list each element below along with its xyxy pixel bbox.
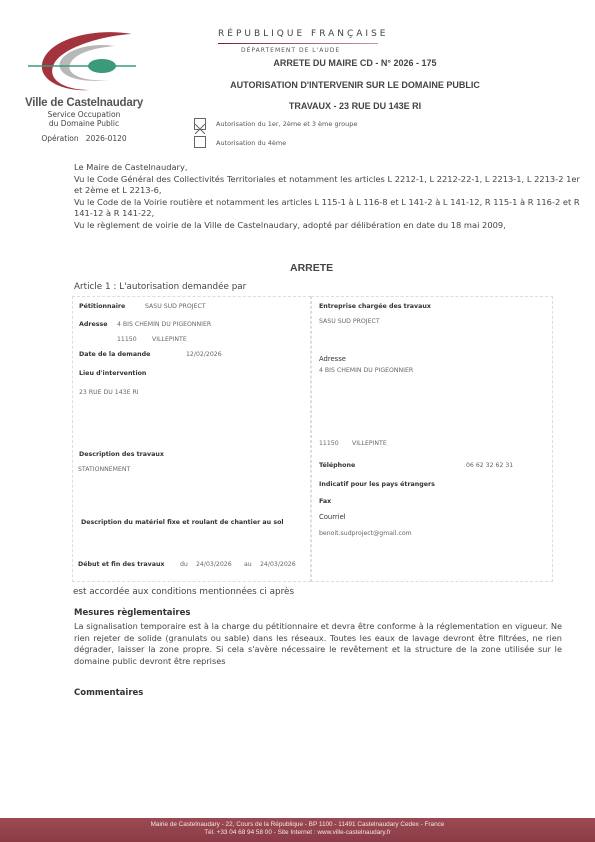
materiel-label: Description du matériel fixe et roulant … (81, 519, 284, 526)
republique-francaise: RÉPUBLIQUE FRANÇAISE (218, 29, 388, 39)
operation-number: Opération 2026-0120 (24, 134, 144, 143)
service-line-1: Service Occupation (24, 110, 144, 119)
operation-label: Opération (41, 134, 78, 143)
operation-value: 2026-0120 (86, 134, 127, 143)
document-title: AUTORISATION D'INTERVENIR SUR LE DOMAINE… (190, 80, 520, 90)
service-line-2: du Domaine Public (24, 119, 144, 128)
petitionnaire-value: SASU SUD PROJECT (145, 303, 206, 310)
date-demande-value: 12/02/2026 (186, 351, 222, 358)
city-logo (20, 28, 140, 94)
fax-label: Fax (319, 498, 331, 505)
entreprise-value: SASU SUD PROJECT (319, 318, 380, 325)
footer: Mairie de Castelnaudary - 22, Cours de l… (0, 818, 595, 842)
courriel-value: benoit.sudproject@gmail.com (319, 530, 412, 537)
preamble-line: Le Maire de Castelnaudary, (74, 162, 584, 174)
courriel-label: Courriel (319, 513, 346, 521)
telephone-value: 06 62 32 62 31 (466, 462, 513, 469)
preamble-line: Vu le Code Général des Collectivités Ter… (74, 174, 584, 197)
petitionnaire-label: Pétitionnaire (79, 303, 125, 310)
logo-red-swoosh-icon (42, 32, 132, 90)
periode-au: au (244, 561, 252, 568)
adresse-line1: 4 BIS CHEMIN DU PIGEONNIER (117, 321, 211, 328)
indicatif-label: Indicatif pour les pays étrangers (319, 481, 435, 488)
entreprise-adresse-cp: 11150 (319, 440, 339, 447)
footer-contact: Tél. +33 04 68 94 58 00 - Site Internet … (0, 829, 595, 837)
checkbox-groupe-1-3[interactable] (194, 118, 206, 130)
date-demande-label: Date de la demande (79, 351, 150, 358)
departement: DÉPARTEMENT DE L'AUDE (241, 47, 340, 54)
preamble-line: Vu le Code de la Voirie routière et nota… (74, 197, 584, 220)
checkmark-x-icon (195, 124, 205, 134)
entreprise-adresse-line1: 4 BIS CHEMIN DU PIGEONNIER (319, 367, 413, 374)
preamble-line: Vu le règlement de voirie de la Ville de… (74, 220, 584, 232)
header-divider (218, 43, 378, 44)
entreprise-box (311, 296, 553, 582)
entreprise-adresse-ville: VILLEPINTE (352, 440, 387, 447)
checkbox-label-groupe-1-3: Autorisation du 1er, 2ème et 3 ème group… (216, 120, 357, 128)
mesures-text: La signalisation temporaire est à la cha… (74, 621, 562, 667)
periode-end: 24/03/2026 (260, 561, 296, 568)
checkbox-label-groupe-4: Autorisation du 4ème (216, 139, 286, 147)
accord-statement: est accordée aux conditions mentionnées … (73, 587, 294, 597)
lieu-label: Lieu d'intervention (79, 370, 146, 377)
entreprise-adresse-label: Adresse (319, 355, 346, 363)
logo-green-oval-icon (88, 59, 116, 73)
lieu-value: 23 RUE DU 143E RI (79, 389, 139, 396)
city-name: Ville de Castelnaudary (24, 97, 144, 109)
description-value: STATIONNEMENT (78, 466, 130, 473)
arrete-number: ARRETE DU MAIRE CD - N° 2026 - 175 (190, 58, 520, 68)
telephone-label: Téléphone (319, 462, 355, 469)
mesures-title: Mesures règlementaires (74, 608, 190, 618)
commentaires-title: Commentaires (74, 688, 143, 698)
service-name: Service Occupation du Domaine Public (24, 110, 144, 128)
entreprise-label: Entreprise chargée des travaux (319, 303, 431, 310)
footer-address: Mairie de Castelnaudary - 22, Cours de l… (0, 821, 595, 829)
preamble: Le Maire de Castelnaudary, Vu le Code Gé… (74, 162, 584, 232)
description-label: Description des travaux (79, 451, 164, 458)
travaux-title: TRAVAUX - 23 RUE DU 143E RI (190, 101, 520, 111)
checkbox-groupe-4[interactable] (194, 136, 206, 148)
adresse-label: Adresse (79, 321, 108, 328)
periode-label: Début et fin des travaux (78, 561, 165, 568)
article-1: Article 1 : L'autorisation demandée par (74, 282, 246, 292)
adresse-ville: VILLEPINTE (152, 336, 187, 343)
adresse-cp: 11150 (117, 336, 137, 343)
arrete-heading: ARRETE (290, 262, 333, 274)
periode-start: 24/03/2026 (196, 561, 232, 568)
petitionnaire-box (72, 296, 311, 582)
periode-du: du (180, 561, 188, 568)
